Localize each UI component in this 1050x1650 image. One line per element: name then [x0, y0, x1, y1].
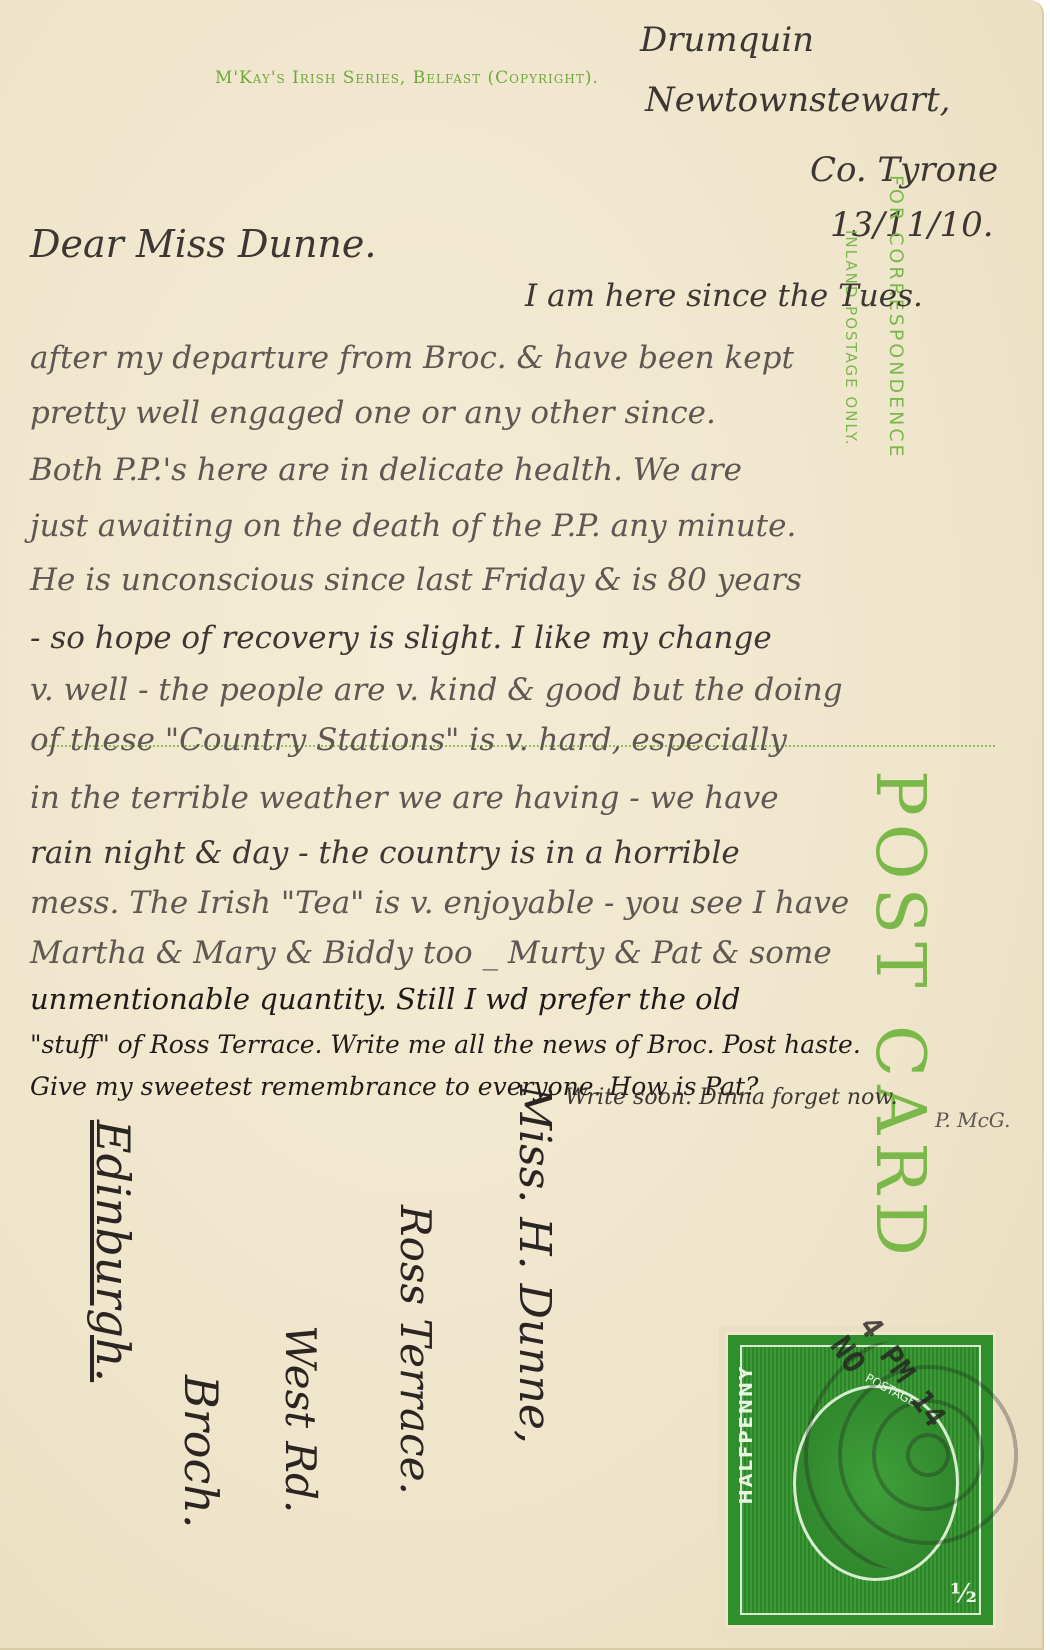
letter-line: after my departure from Broc. & have bee… — [30, 340, 794, 376]
letter-line: He is unconscious since last Friday & is… — [30, 562, 802, 598]
letter-line: Both P.P.'s here are in delicate health.… — [30, 452, 742, 488]
letter-line: rain night & day - the country is in a h… — [30, 835, 740, 871]
letter-line: v. well - the people are v. kind & good … — [30, 672, 843, 708]
letter-line: mess. The Irish "Tea" is v. enjoyable - … — [30, 885, 849, 921]
letter-line: I am here since the Tues. — [525, 278, 923, 314]
recipient-city: Edinburgh. — [86, 1120, 140, 1382]
letter-line: unmentionable quantity. Still I wd prefe… — [30, 982, 740, 1016]
recipient-road: West Rd. — [276, 1325, 325, 1513]
recipient-name: Miss. H. Dunne, — [509, 1085, 560, 1444]
sender-address-line2: Newtownstewart, — [645, 80, 950, 120]
recipient-town: Broch. — [174, 1375, 228, 1529]
sender-address-line1: Drumquin — [640, 20, 814, 60]
inland-postage-label: INLAND POSTAGE ONLY. — [842, 230, 860, 447]
letter-line: "stuff" of Ross Terrace. Write me all th… — [30, 1030, 861, 1059]
stamp-value: ½ — [950, 1579, 977, 1609]
postcard-label: POST CARD — [860, 770, 939, 1264]
letter-line: - so hope of recovery is slight. I like … — [30, 620, 772, 656]
stamp-denomination-text: HALFPENNY — [736, 1365, 757, 1504]
letter-line: just awaiting on the death of the P.P. a… — [30, 508, 796, 544]
letter-line: Write soon. Dinna forget now. — [565, 1085, 898, 1110]
letter-signoff: P. McG. — [935, 1108, 1010, 1132]
letter-line: of these "Country Stations" is v. hard, … — [30, 722, 787, 758]
letter-line: Martha & Mary & Biddy too _ Murty & Pat … — [30, 935, 832, 971]
letter-line: in the terrible weather we are having - … — [30, 780, 779, 816]
postcard-back: M'Kay's Irish Series, Belfast (Copyright… — [0, 0, 1044, 1650]
salutation: Dear Miss Dunne. — [30, 222, 376, 266]
correspondence-label: FOR CORRESPONDENCE — [885, 175, 907, 460]
letter-line: pretty well engaged one or any other sin… — [30, 395, 716, 431]
publisher-imprint: M'Kay's Irish Series, Belfast (Copyright… — [215, 68, 599, 88]
recipient-street: Ross Terrace. — [391, 1205, 440, 1495]
